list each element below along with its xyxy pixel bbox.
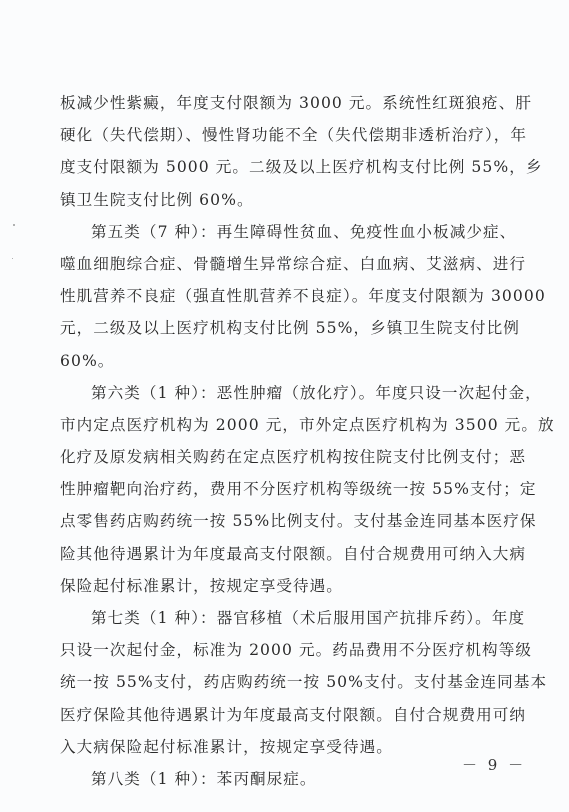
text-line: 性肌营养不良症（强直性肌营养不良症）。年度支付限额为 30000 [60,280,498,312]
text-line: 化疗及原发病相关购药在定点医疗机构按住院支付比例支付；恶 [60,441,498,473]
text-line: 市内定点医疗机构为 2000 元，市外定点医疗机构为 3500 元。放 [60,409,498,441]
scan-speck [12,258,13,259]
text-line: 板减少性紫癜，年度支付限额为 3000 元。系统性红斑狼疮、肝 [60,87,498,119]
paragraph-heading-line: 第八类（1 种）：苯丙酮尿症。 [60,763,498,795]
paragraph-heading-line: 第七类（1 种）：器官移植（术后服用国产抗排斥药）。年度 [60,602,498,634]
text-line: 入大病保险起付标准累计，按规定享受待遇。 [60,731,498,763]
text-line: 噬血细胞综合症、骨髓增生异常综合症、白血病、艾滋病、进行 [60,248,498,280]
text-line: 硬化（失代偿期）、慢性肾功能不全（失代偿期非透析治疗），年 [60,119,498,151]
document-page: 板减少性紫癜，年度支付限额为 3000 元。系统性红斑狼疮、肝 硬化（失代偿期）… [0,0,569,812]
body-text: 板减少性紫癜，年度支付限额为 3000 元。系统性红斑狼疮、肝 硬化（失代偿期）… [60,87,498,795]
text-line: 只设一次起付金，标准为 2000 元。药品费用不分医疗机构等级 [60,634,498,666]
text-line: 60%。 [60,345,498,377]
text-line: 元，二级及以上医疗机构支付比例 55%，乡镇卫生院支付比例 [60,312,498,344]
text-line: 保险起付标准累计，按规定享受待遇。 [60,570,498,602]
scan-speck [13,224,15,226]
text-line: 点零售药店购药统一按 55%比例支付。支付基金连同基本医疗保 [60,505,498,537]
text-line: 险其他待遇累计为年度最高支付限额。自付合规费用可纳入大病 [60,538,498,570]
text-line: 度支付限额为 5000 元。二级及以上医疗机构支付比例 55%，乡 [60,151,498,183]
paragraph-heading-line: 第六类（1 种）：恶性肿瘤（放化疗）。年度只设一次起付金， [60,377,498,409]
text-line: 医疗保险其他待遇累计为年度最高支付限额。自付合规费用可纳 [60,699,498,731]
text-line: 统一按 55%支付，药店购药统一按 50%支付。支付基金连同基本 [60,666,498,698]
text-line: 镇卫生院支付比例 60%。 [60,184,498,216]
text-line: 性肿瘤靶向治疗药，费用不分医疗机构等级统一按 55%支付；定 [60,473,498,505]
page-number: － 9 － [462,754,526,775]
paragraph-heading-line: 第五类（7 种）：再生障碍性贫血、免疫性血小板减少症、 [60,216,498,248]
